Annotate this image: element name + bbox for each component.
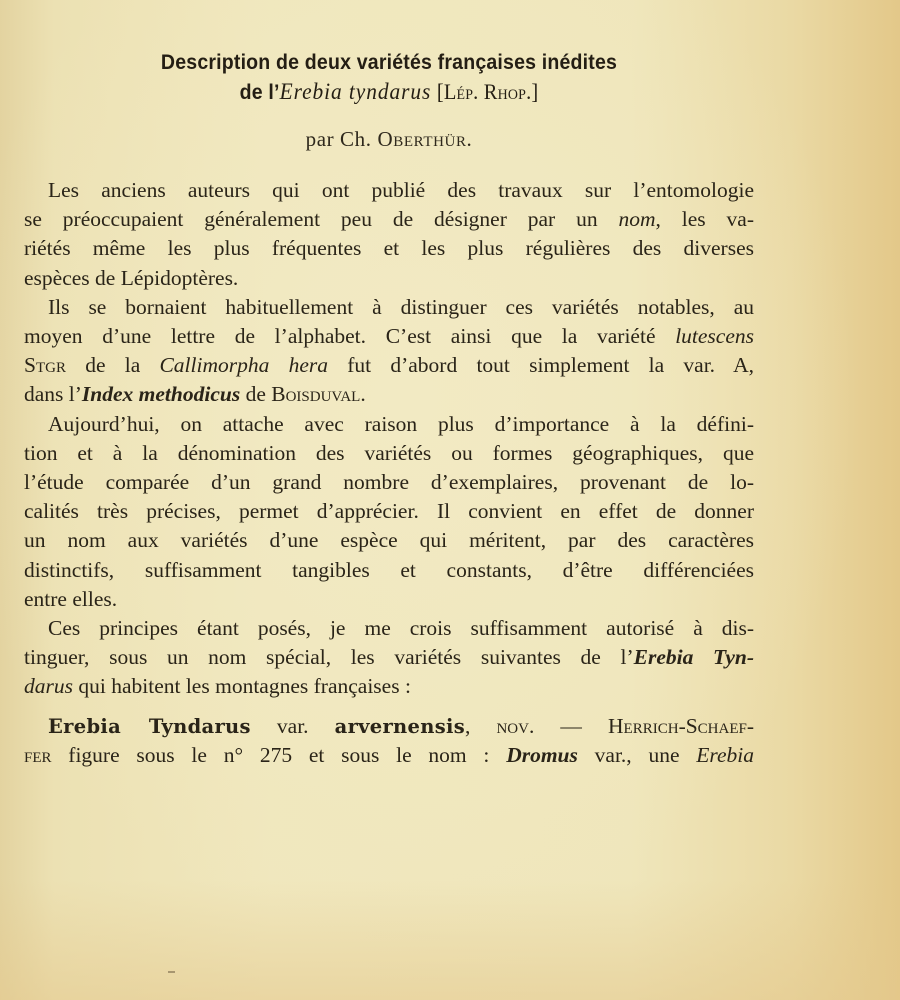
paper-shading [0,880,900,1000]
paragraph-variety-arvernensis: Erebia Tyndarus var. arvernensis, nov. —… [24,712,754,770]
paragraph-3: Aujourd’hui, on attache avec raison plus… [24,410,754,614]
author-name: Oberthür. [377,127,472,151]
article-body: Les anciens auteurs qui ont publié des t… [24,176,754,770]
taxon-name: Erebia tyndarus [280,79,432,104]
document-page: Description de deux variétés françaises … [24,48,754,770]
title-line-1: Description de deux variétés françaises … [161,51,617,74]
paragraph-2: Ils se bornaient habituellement à distin… [24,293,754,410]
species-heading: Erebia Tyndarus [48,715,251,738]
article-title: Description de deux variétés françaises … [50,48,729,107]
paper-speck [168,971,175,973]
author-byline: par Ch. Oberthür. [24,127,754,152]
title-line-2: de l’Erebia tyndarus [Lép. Rhop.] [50,77,729,107]
paragraph-4: Ces principes étant posés, je me crois s… [24,614,754,702]
variety-name: arvernensis [335,715,465,738]
order-abbrev: Lép. Rhop. [444,79,532,104]
paragraph-1: Les anciens auteurs qui ont publié des t… [24,176,754,293]
